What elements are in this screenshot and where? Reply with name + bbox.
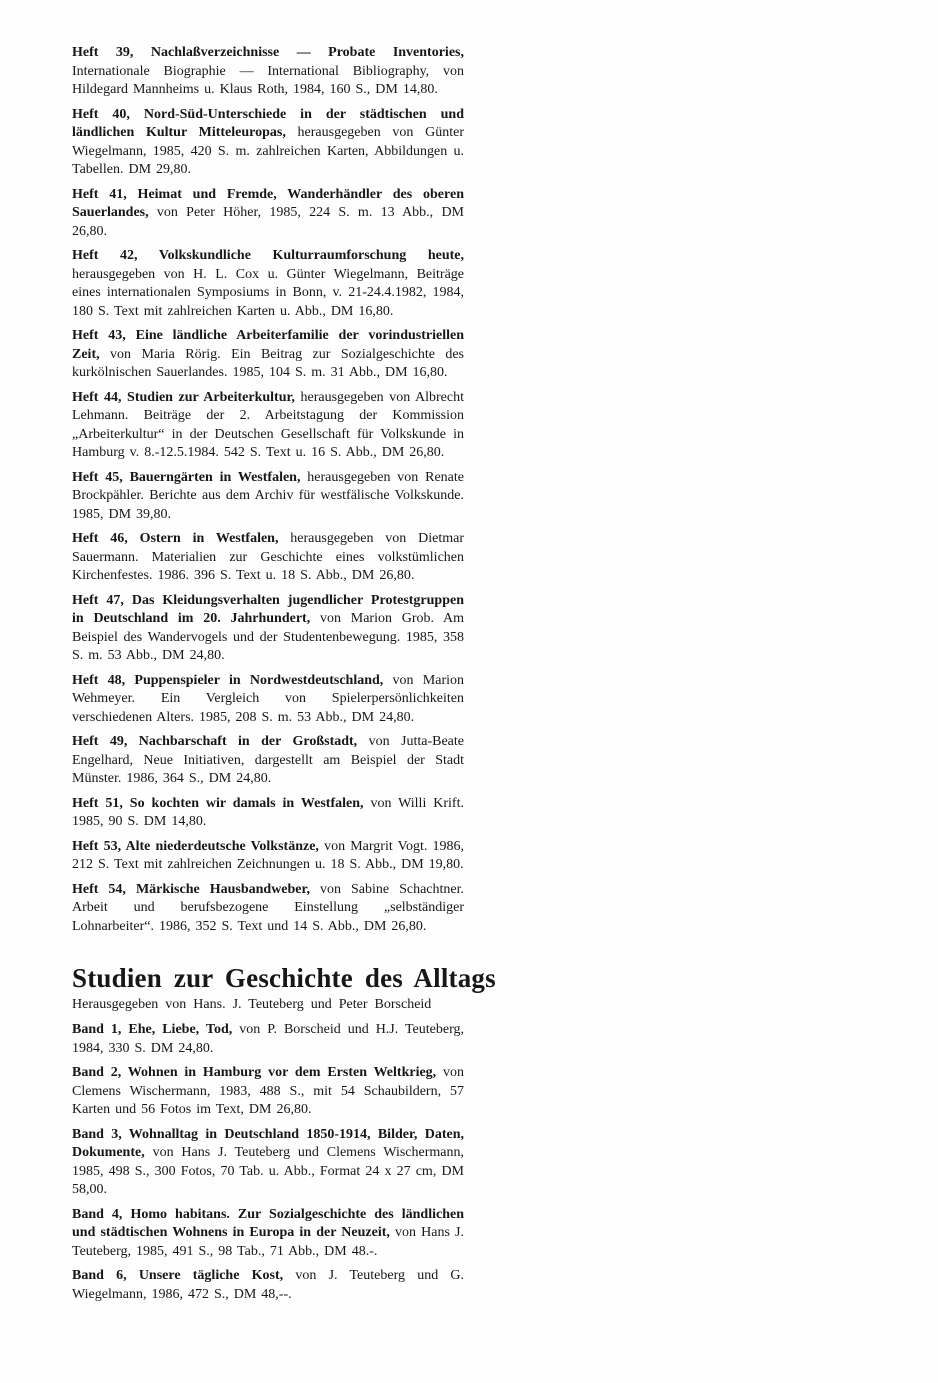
catalog-entry: Band 6, Unsere tägliche Kost, von J. Teu…: [72, 1267, 464, 1304]
alltag-series-section: Studien zur Geschichte des Alltags Herau…: [72, 962, 464, 1304]
catalog-entry: Heft 44, Studien zur Arbeiterkultur, her…: [72, 389, 464, 463]
catalog-entry: Heft 47, Das Kleidungsverhalten jugendli…: [72, 592, 464, 666]
catalog-entry: Heft 45, Bauerngärten in Westfalen, hera…: [72, 469, 464, 525]
entry-text: von Maria Rörig. Ein Beitrag zur Sozialg…: [72, 347, 464, 381]
series-heading: Studien zur Geschichte des Alltags: [72, 962, 464, 994]
series-subheading: Herausgegeben von Hans. J. Teuteberg und…: [72, 995, 464, 1014]
catalog-entry: Heft 54, Märkische Hausbandweber, von Sa…: [72, 881, 464, 937]
scanned-catalog-page: Heft 39, Nachlaßverzeichnisse — Probate …: [0, 0, 938, 1383]
entry-title: Heft 44, Studien zur Arbeiterkultur,: [72, 390, 295, 405]
text-column: Heft 39, Nachlaßverzeichnisse — Probate …: [72, 44, 464, 1310]
catalog-entry: Band 1, Ehe, Liebe, Tod, von P. Borschei…: [72, 1021, 464, 1058]
entry-title: Band 1, Ehe, Liebe, Tod,: [72, 1022, 232, 1037]
catalog-entry: Heft 48, Puppenspieler in Nordwestdeutsc…: [72, 672, 464, 728]
entry-title: Band 6, Unsere tägliche Kost,: [72, 1268, 283, 1283]
entry-title: Heft 51, So kochten wir damals in Westfa…: [72, 796, 364, 811]
catalog-entry: Band 4, Homo habitans. Zur Sozialgeschic…: [72, 1206, 464, 1262]
catalog-entry: Heft 53, Alte niederdeutsche Volkstänze,…: [72, 838, 464, 875]
entry-title: Heft 53, Alte niederdeutsche Volkstänze,: [72, 839, 319, 854]
catalog-entry: Heft 42, Volkskundliche Kulturraumforsch…: [72, 247, 464, 321]
band-entry-list: Band 1, Ehe, Liebe, Tod, von P. Borschei…: [72, 1021, 464, 1304]
heft-series-section: Heft 39, Nachlaßverzeichnisse — Probate …: [72, 44, 464, 936]
catalog-entry: Band 2, Wohnen in Hamburg vor dem Ersten…: [72, 1064, 464, 1120]
catalog-entry: Heft 46, Ostern in Westfalen, herausgege…: [72, 530, 464, 586]
entry-title: Heft 45, Bauerngärten in Westfalen,: [72, 470, 300, 485]
heft-entry-list: Heft 39, Nachlaßverzeichnisse — Probate …: [72, 44, 464, 936]
entry-text: herausgegeben von H. L. Cox u. Günter Wi…: [72, 267, 464, 319]
entry-title: Heft 49, Nachbarschaft in der Großstadt,: [72, 734, 357, 749]
entry-title: Heft 42, Volkskundliche Kulturraumforsch…: [72, 248, 464, 263]
catalog-entry: Heft 39, Nachlaßverzeichnisse — Probate …: [72, 44, 464, 100]
entry-title: Heft 54, Märkische Hausbandweber,: [72, 882, 310, 897]
entry-title: Heft 48, Puppenspieler in Nordwestdeutsc…: [72, 673, 383, 688]
catalog-entry: Band 3, Wohnalltag in Deutschland 1850-1…: [72, 1126, 464, 1200]
catalog-entry: Heft 41, Heimat und Fremde, Wanderhändle…: [72, 186, 464, 242]
catalog-entry: Heft 40, Nord-Süd-Unterschiede in der st…: [72, 106, 464, 180]
catalog-entry: Heft 43, Eine ländliche Arbeiterfamilie …: [72, 327, 464, 383]
entry-title: Band 2, Wohnen in Hamburg vor dem Ersten…: [72, 1065, 436, 1080]
entry-title: Heft 46, Ostern in Westfalen,: [72, 531, 278, 546]
catalog-entry: Heft 51, So kochten wir damals in Westfa…: [72, 795, 464, 832]
catalog-entry: Heft 49, Nachbarschaft in der Großstadt,…: [72, 733, 464, 789]
entry-title: Heft 39, Nachlaßverzeichnisse — Probate …: [72, 45, 464, 60]
entry-text: Internationale Biographie — Internationa…: [72, 64, 464, 98]
